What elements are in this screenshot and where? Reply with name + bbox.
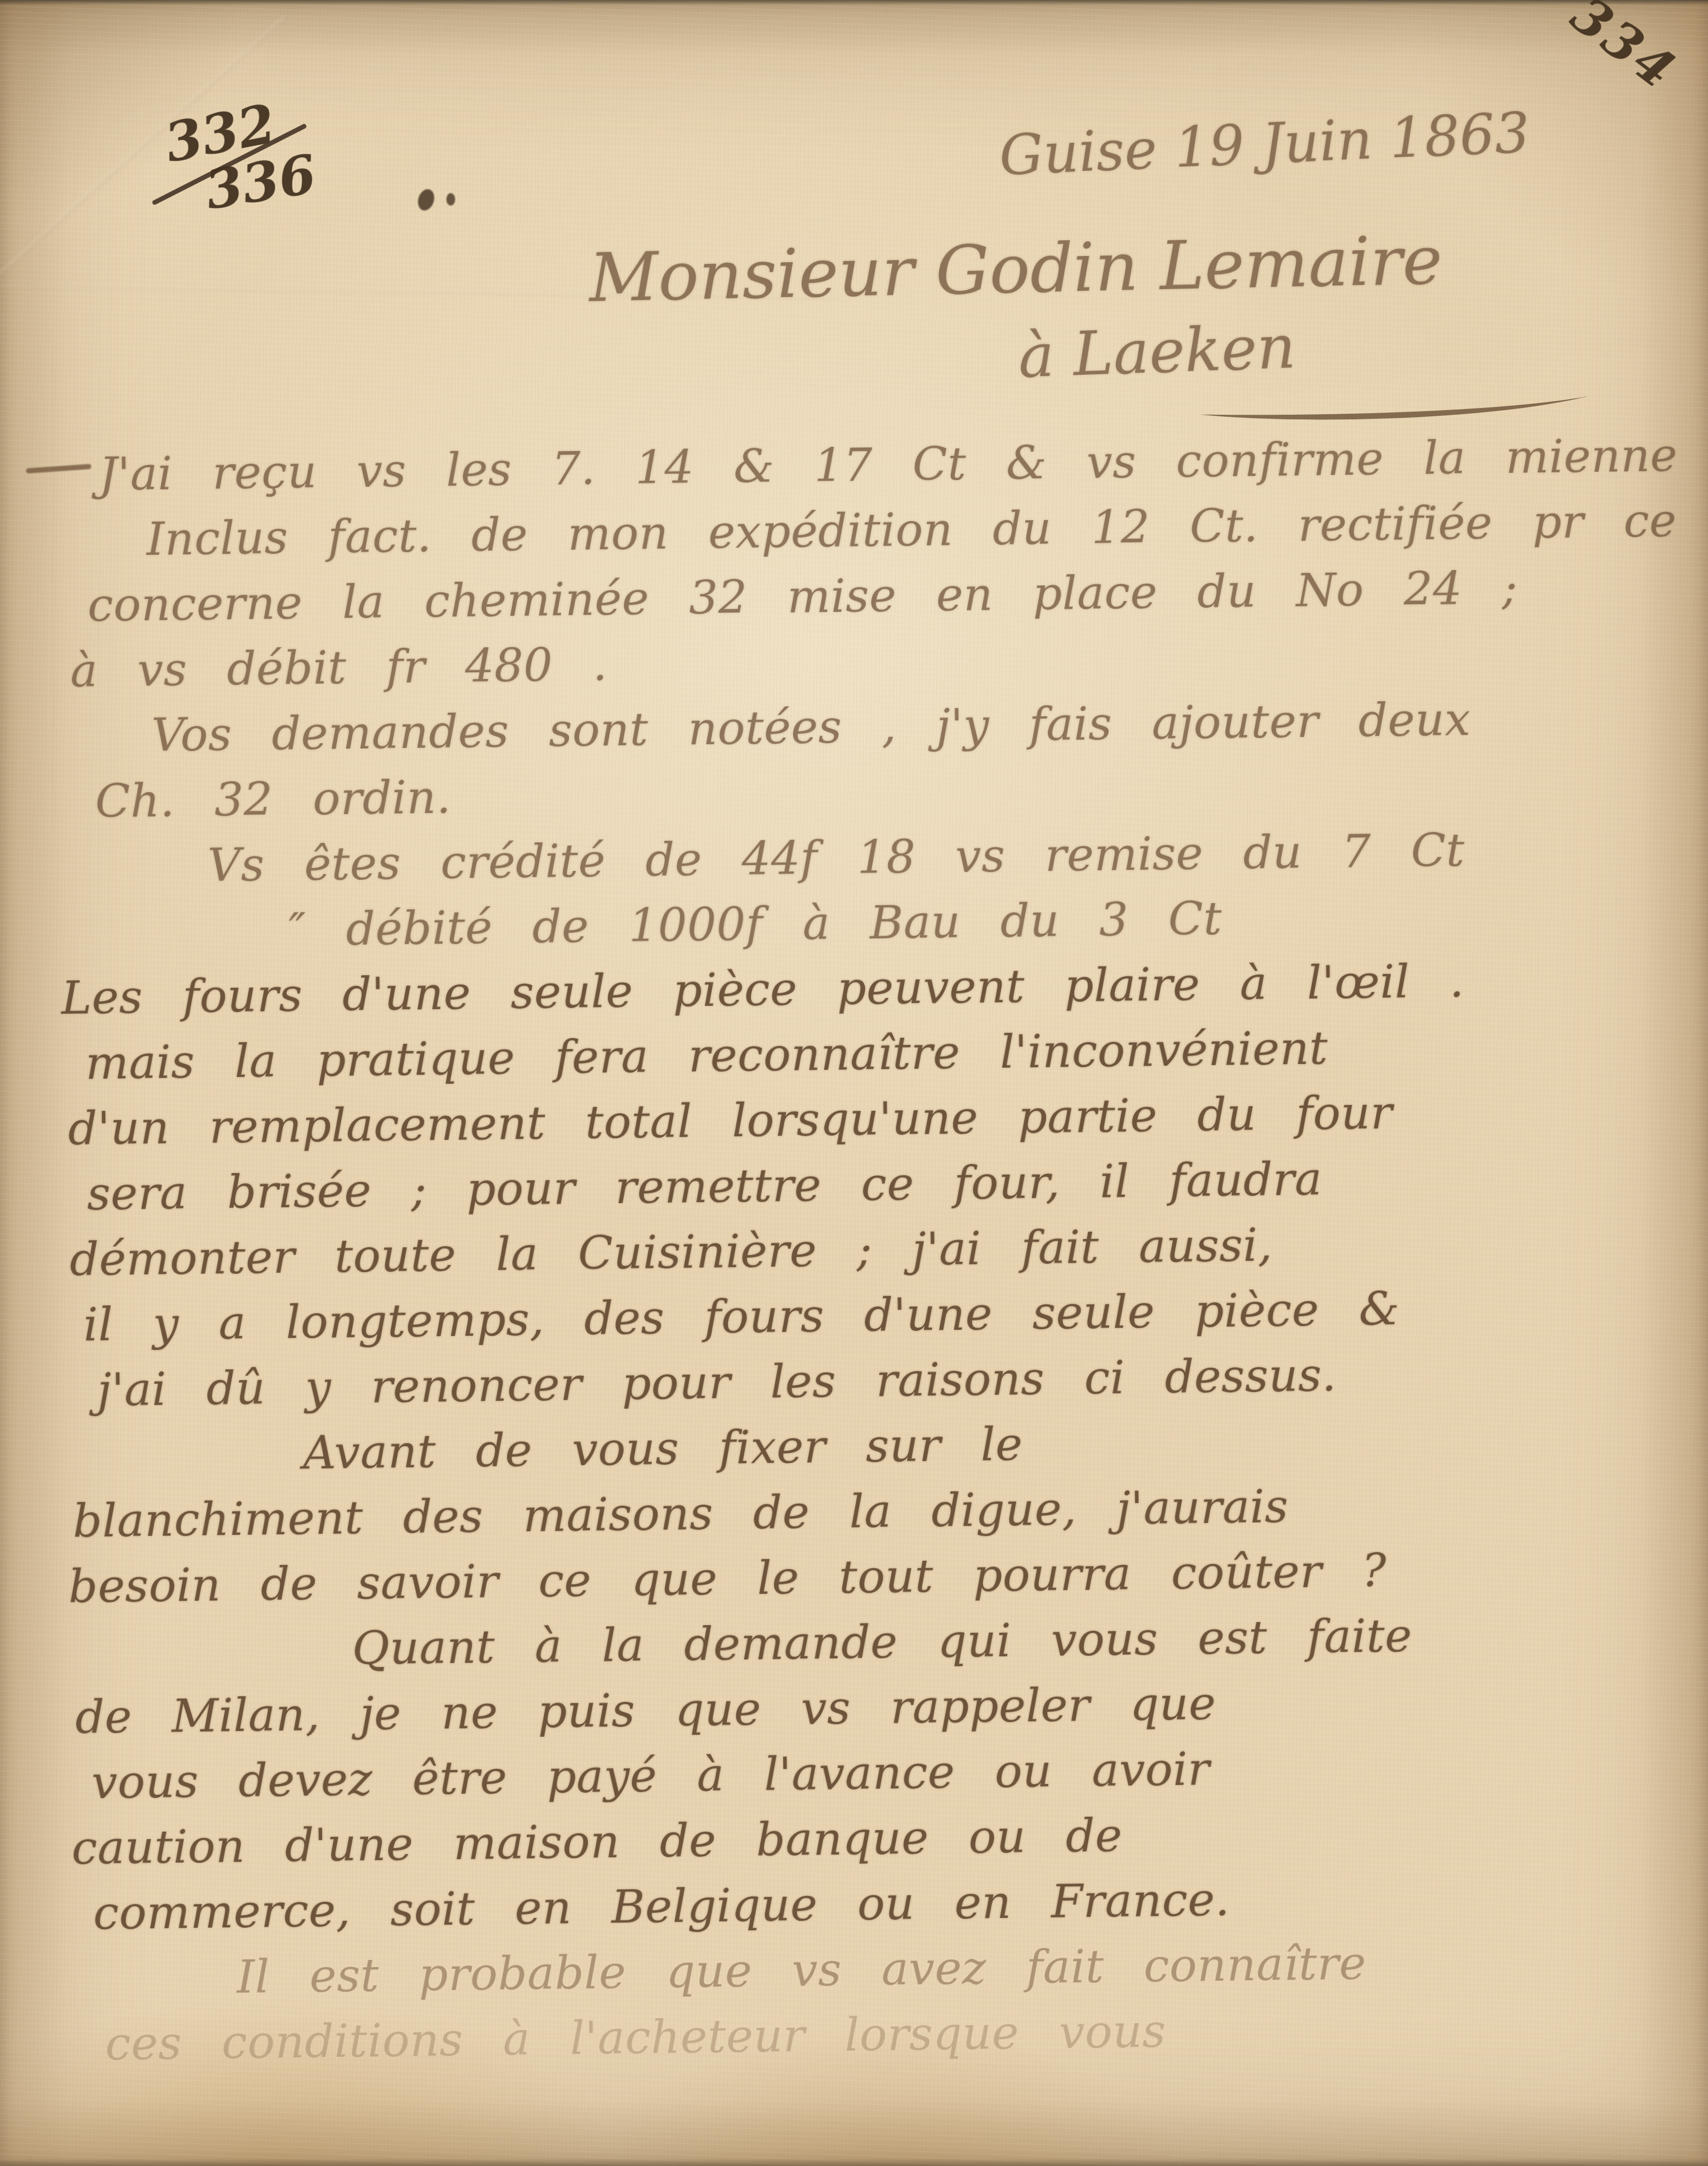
scan-edge-top bbox=[0, 0, 1708, 5]
scanned-letter-page: 332 336 334 Guise 19 Juin 1863 Monsieur … bbox=[0, 0, 1708, 2166]
recipient-place: à Laeken bbox=[1017, 312, 1297, 392]
letter-body: J'ai reçu vs les 7. 14 & 17 Ct & vs conf… bbox=[0, 422, 1708, 2078]
scan-edge-bottom bbox=[0, 2159, 1708, 2166]
ink-dot bbox=[446, 193, 455, 206]
